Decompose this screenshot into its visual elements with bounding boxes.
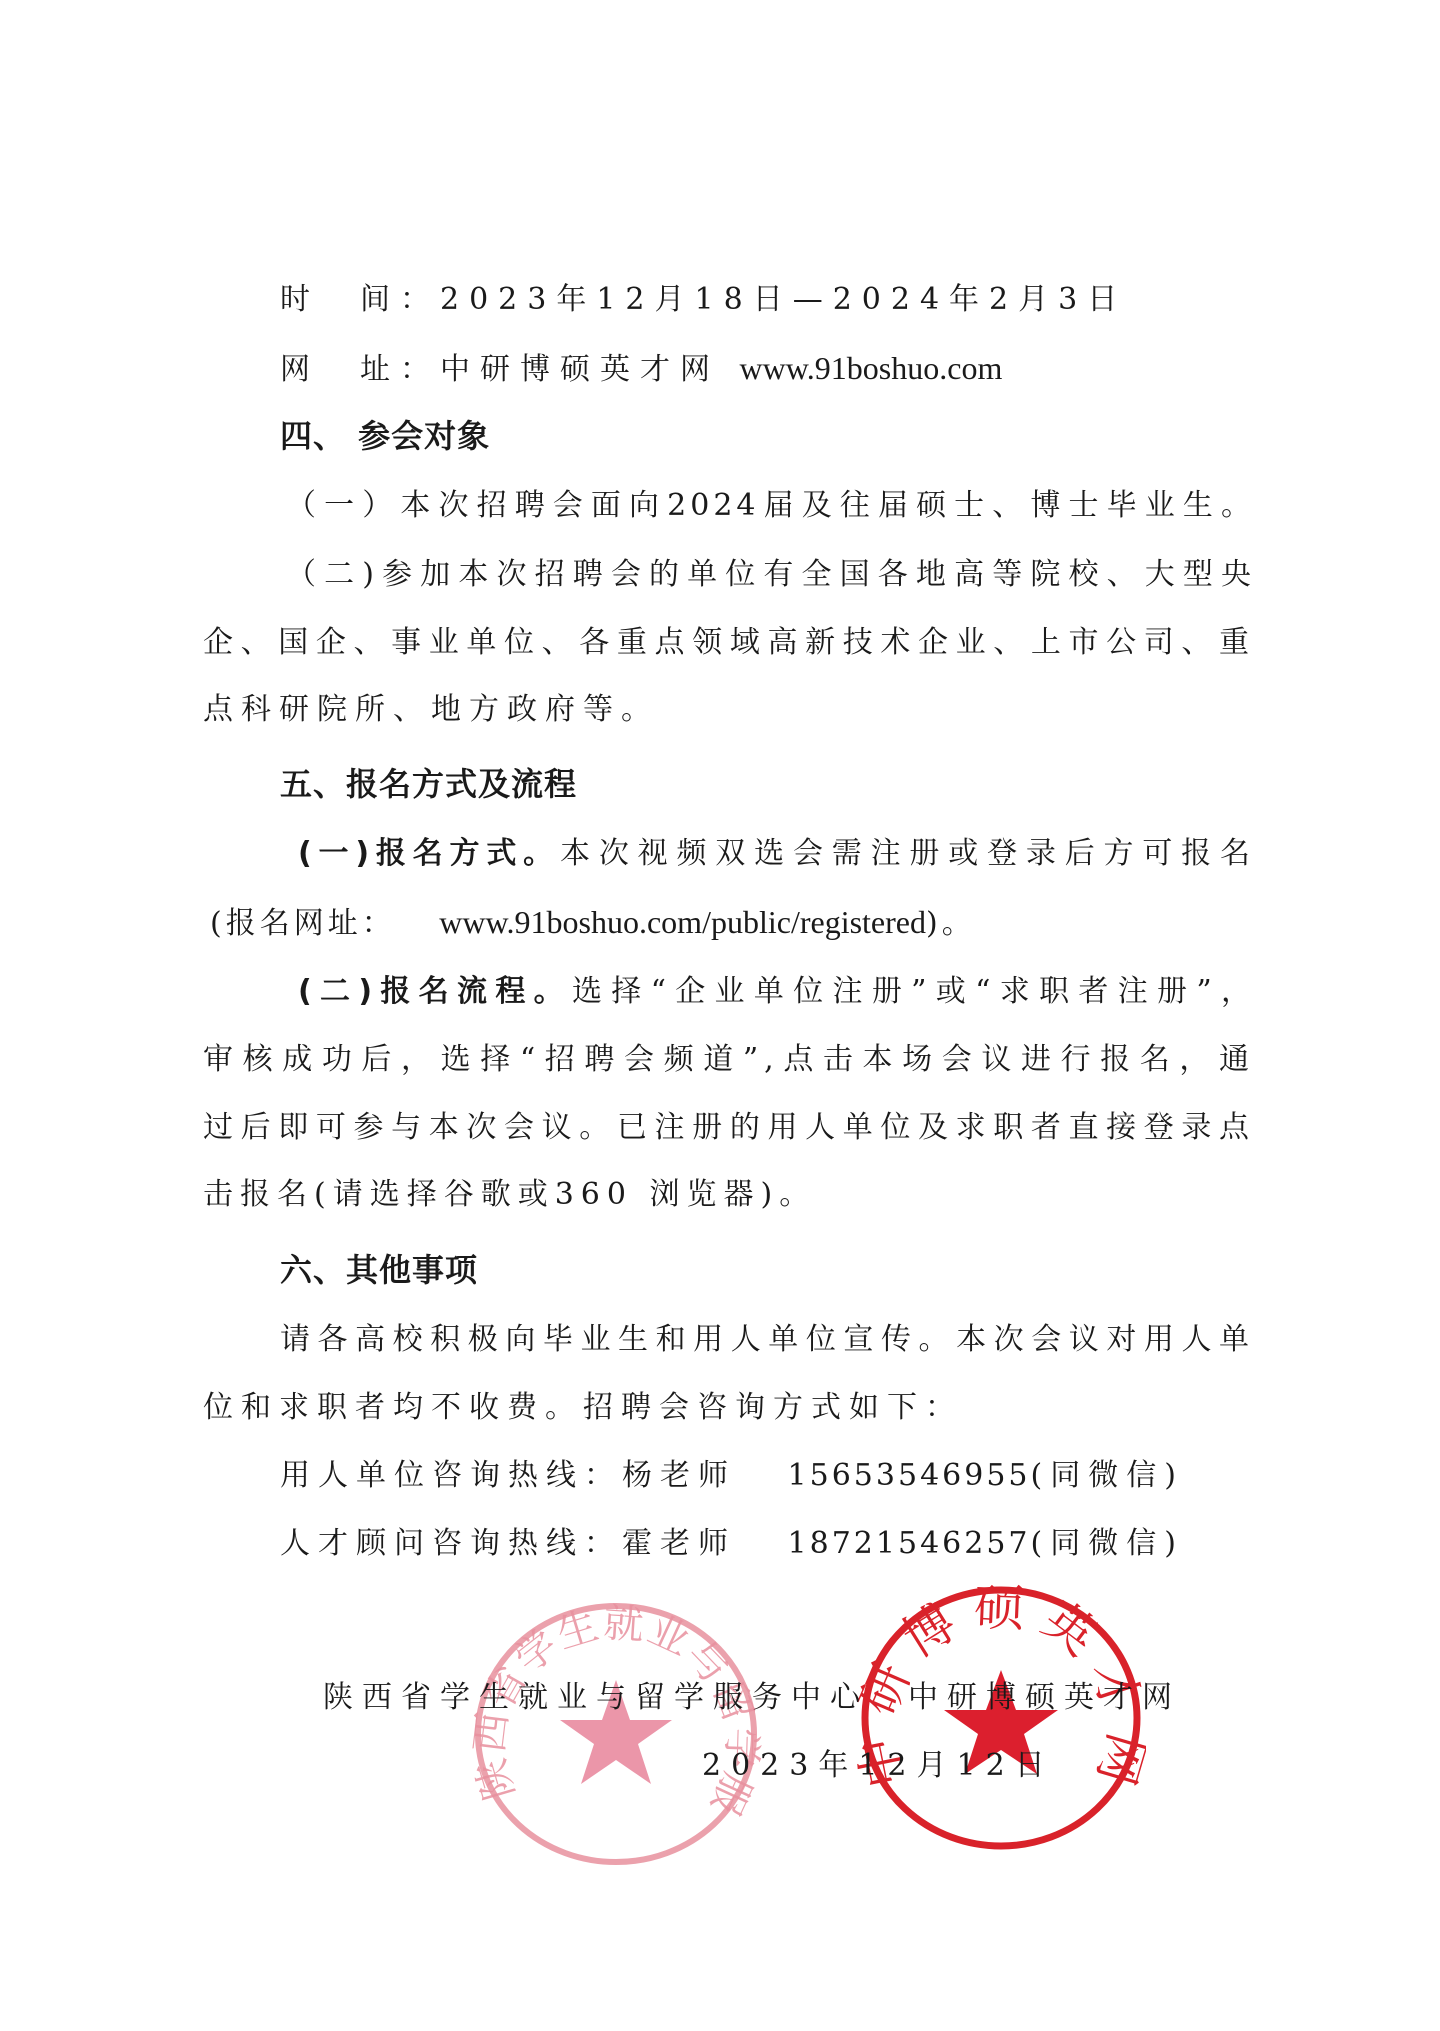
signature-organizations: 陕西省学生就业与留学服务中心 中研博硕英才网 (323, 1672, 1181, 1716)
talent-hotline-label: 人才顾问咨询热线：霍老师 (280, 1526, 736, 1561)
section-5-item-1-line-2: (报名网址： www.91boshuo.com/public/registere… (210, 902, 1262, 944)
time-value: 2023年12月18日—2024年2月3日 (440, 282, 1127, 317)
section-4-heading: 四、 参会对象 (280, 416, 1332, 456)
employer-hotline-note: (同微信) (1031, 1458, 1184, 1493)
website-url[interactable]: www.91boshuo.com (740, 350, 1003, 386)
section-5-heading: 五、报名方式及流程 (280, 764, 1332, 804)
signature-date: 2023年12月12日 (702, 1740, 1055, 1784)
section-5-item-2-line-2: 审核成功后，选择“招聘会频道”,点击本场会议进行报名，通 (203, 1040, 1255, 1080)
website-line: 网 址：中研博硕英才网 www.91boshuo.com (280, 348, 1255, 390)
section-6-heading: 六、其他事项 (280, 1250, 1332, 1290)
website-label: 网 址： (280, 352, 440, 387)
document-page: 陕西省学生就业与留学服务中心 中研博硕英才网 时 间：2023年12月18日—2… (0, 0, 1440, 2031)
section-5-item-2-line-4: 击报名(请选择谷歌或360 浏览器)。 (203, 1175, 1255, 1215)
section-6-paragraph-line-1: 请各高校积极向毕业生和用人单位宣传。本次会议对用人单 (280, 1320, 1255, 1360)
registration-url[interactable]: www.91boshuo.com/public/registered (439, 904, 926, 940)
section-4-item-2-line-3: 点科研院所、地方政府等。 (203, 690, 1255, 730)
registration-process-lead: (二)报名流程。 (298, 974, 572, 1009)
talent-hotline-note: (同微信) (1031, 1526, 1184, 1561)
registration-method-text: 本次视频双选会需注册或登录后方可报名 (560, 836, 1255, 871)
section-5-item-2-line-3: 过后即可参与本次会议。已注册的用人单位及求职者直接登录点 (203, 1108, 1255, 1148)
website-name: 中研博硕英才网 (440, 352, 720, 387)
registration-process-text: 选择“企业单位注册”或“求职者注册”， (572, 974, 1255, 1009)
registration-url-suffix: )。 (926, 906, 976, 941)
registration-method-lead: (一)报名方式。 (298, 836, 560, 871)
registration-url-prefix: (报名网址： (210, 906, 396, 941)
section-4-item-1: （一）本次招聘会面向2024届及往届硕士、博士毕业生。 (286, 486, 1255, 526)
event-time-line: 时 间：2023年12月18日—2024年2月3日 (280, 280, 1255, 320)
section-5-item-1-line-1: (一)报名方式。本次视频双选会需注册或登录后方可报名 (298, 834, 1255, 874)
time-label: 时 间： (280, 282, 440, 317)
employer-hotline-label: 用人单位咨询热线：杨老师 (280, 1458, 736, 1493)
section-4-item-2-line-1: （二)参加本次招聘会的单位有全国各地高等院校、大型央 (286, 555, 1255, 595)
section-6-paragraph-line-2: 位和求职者均不收费。招聘会咨询方式如下： (203, 1388, 1255, 1428)
section-5-item-2-line-1: (二)报名流程。选择“企业单位注册”或“求职者注册”， (298, 972, 1255, 1012)
talent-advisor-hotline: 人才顾问咨询热线：霍老师 18721546257(同微信) (280, 1524, 1255, 1564)
talent-hotline-phone[interactable]: 18721546257 (788, 1526, 1031, 1561)
employer-hotline: 用人单位咨询热线：杨老师 15653546955(同微信) (280, 1456, 1255, 1496)
section-4-item-2-line-2: 企、国企、事业单位、各重点领域高新技术企业、上市公司、重 (203, 623, 1255, 663)
employer-hotline-phone[interactable]: 15653546955 (788, 1458, 1031, 1493)
